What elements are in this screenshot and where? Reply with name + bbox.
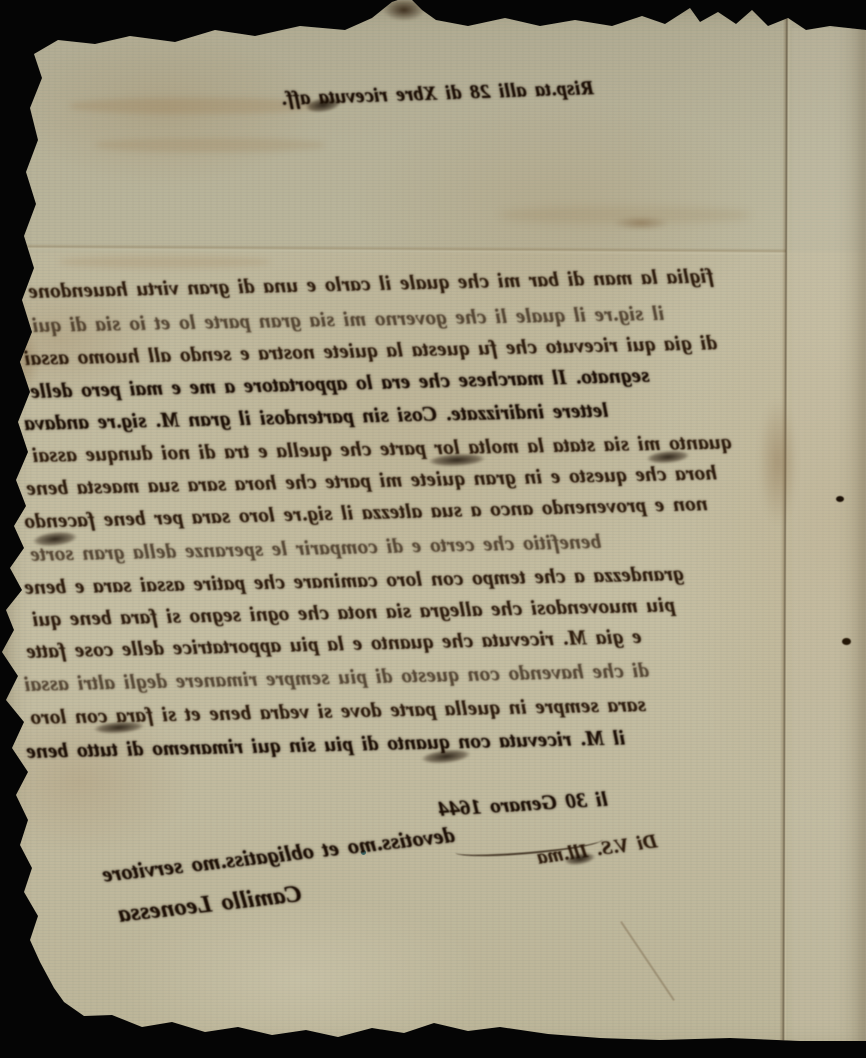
ink-blot	[299, 93, 347, 117]
body-line-1: figlia la man di bar mi che quale il car…	[28, 262, 714, 304]
body-line-15: il M. ricevuta con quanto di piu sin qui…	[26, 724, 626, 764]
pen-flourish	[455, 833, 604, 859]
signature-line-2: Camillo Leonessa	[117, 881, 303, 928]
body-line-14: sara sempre in quella parte dove si vedr…	[30, 691, 646, 730]
body-line-7: hora che questo e in gran quiete mi part…	[26, 459, 717, 501]
body-line-11: piu muovendosi che allegra sia nota che …	[32, 591, 675, 632]
signature-line-1-text: devotiss.mo et obligatiss.mo servitore	[101, 822, 456, 888]
body-line-10: grandezza a che tempo con loro caminare …	[24, 560, 684, 600]
header-docket-text: Risp.ta alli 28 di Xbre ricevuta aff.	[281, 75, 595, 112]
body-line-1-text: figlia la man di bar mi che quale il car…	[28, 262, 714, 304]
faded-showthrough-smudge	[60, 256, 270, 268]
body-line-5-text: lettere indirizzate. Cosi sin partendosi…	[24, 397, 609, 436]
body-line-4-text: segnato. Il marchese che era lo apportat…	[30, 362, 650, 404]
ink-blot	[413, 745, 478, 769]
body-line-10-text: grandezza a che tempo con loro caminare …	[24, 560, 684, 600]
body-line-8-text: non e provenendo anco a sua altezza il s…	[24, 490, 708, 534]
body-line-12-text: e gia M. ricevuta che quanto e la piu ap…	[26, 623, 642, 664]
faded-showthrough-smudge	[70, 98, 320, 114]
ink-blot	[420, 450, 495, 470]
body-line-7-text: hora che questo e in gran quiete mi part…	[26, 459, 717, 501]
signature-line-1: devotiss.mo et obligatiss.mo servitore	[101, 822, 456, 888]
signature-line-2-text: Camillo Leonessa	[117, 881, 303, 928]
horizontal-fold-crease	[14, 244, 786, 256]
body-line-6-text: quanto mi sia stata la molta lor parte c…	[32, 429, 732, 468]
right-strip-tone	[792, 28, 866, 1042]
scan-stage: Risp.ta alli 28 di Xbre ricevuta aff. fi…	[0, 0, 866, 1058]
fold-crease-smudge	[752, 378, 804, 546]
top-edge-stain	[378, 0, 430, 24]
vertical-fold-crease	[779, 0, 791, 1058]
valediction-text: Di V.S. Ill.ma	[535, 828, 659, 871]
body-line-2: il sig.re il quale li che governo mi sia…	[32, 300, 665, 338]
ink-blot	[639, 447, 696, 468]
body-line-8: non e provenendo anco a sua altezza il s…	[24, 490, 708, 534]
body-line-9: benefitio che certo e di comparir le spe…	[30, 528, 602, 567]
ink-blot	[86, 718, 153, 738]
body-line-13: di che havendo con questo di piu sempre …	[24, 657, 649, 697]
body-line-14-text: sara sempre in quella parte dove si vedr…	[30, 691, 646, 730]
body-line-3: di gia qui ricevuto che fu questa la qui…	[24, 329, 718, 371]
ink-blot	[559, 849, 601, 870]
body-line-9-text: benefitio che certo e di comparir le spe…	[30, 528, 602, 567]
body-line-13-text: di che havendo con questo di piu sempre …	[24, 657, 649, 697]
faded-showthrough-smudge	[95, 138, 325, 152]
body-line-11-text: piu muovendosi che allegra sia nota che …	[32, 591, 675, 632]
left-edge-stain	[6, 318, 44, 404]
body-line-5: lettere indirizzate. Cosi sin partendosi…	[24, 397, 609, 436]
upper-tone-band	[0, 0, 866, 252]
body-line-4: segnato. Il marchese che era lo apportat…	[30, 362, 650, 404]
paper-mottling	[0, 0, 866, 1058]
valediction-line: Di V.S. Ill.ma	[535, 828, 659, 871]
body-line-6: quanto mi sia stata la molta lor parte c…	[32, 429, 732, 468]
header-docket-line: Risp.ta alli 28 di Xbre ricevuta aff.	[281, 75, 595, 112]
faded-showthrough-smudge	[500, 206, 750, 224]
body-line-12: e gia M. ricevuta che quanto e la piu ap…	[26, 623, 642, 664]
body-line-15-text: il M. ricevuta con quanto di piu sin qui…	[26, 724, 626, 764]
body-line-2-text: il sig.re il quale li che governo mi sia…	[32, 300, 665, 338]
manuscript-sheet: Risp.ta alli 28 di Xbre ricevuta aff. fi…	[0, 0, 866, 1058]
pigment-speck	[361, 850, 366, 855]
body-line-3-text: di gia qui ricevuto che fu questa la qui…	[24, 329, 718, 371]
ink-speck	[836, 496, 844, 502]
ink-speck	[842, 638, 851, 645]
dots-stain	[606, 214, 676, 232]
date-line-text: li 30 Genaro 1644	[437, 786, 608, 822]
ink-blot	[25, 527, 85, 551]
date-line: li 30 Genaro 1644	[437, 786, 608, 822]
diagonal-crease	[620, 921, 675, 1001]
